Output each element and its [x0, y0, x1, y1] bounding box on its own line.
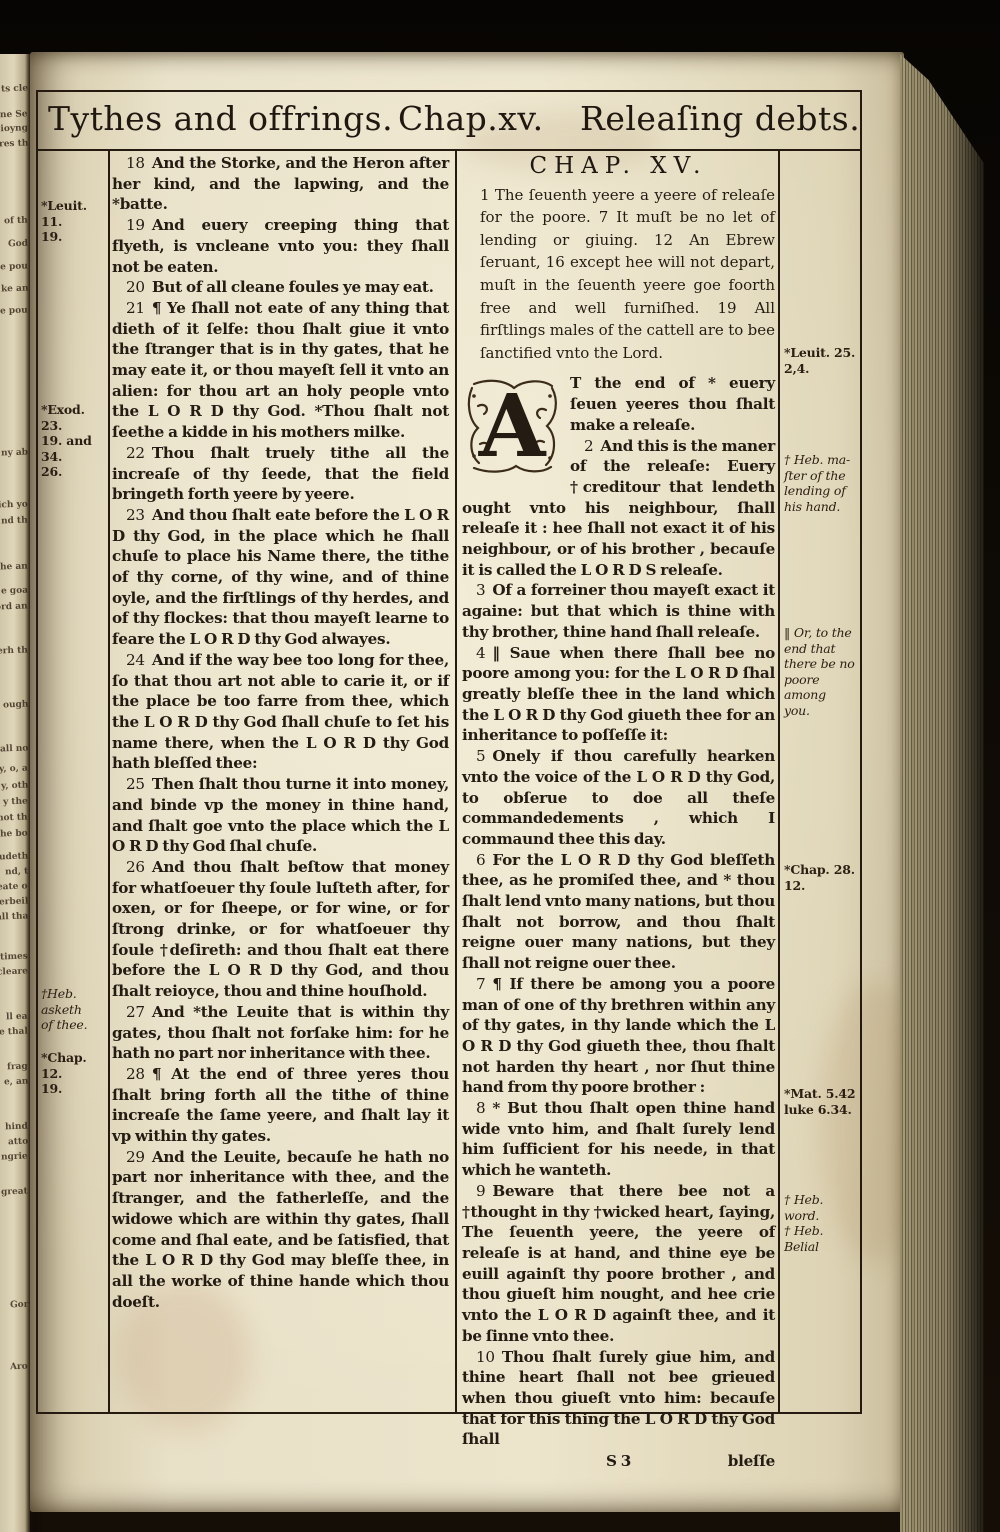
verse: 22Thou ſhalt truely tithe all the increa…: [112, 443, 449, 505]
verse-number: 25: [126, 775, 145, 793]
verse-text: ¶ At the end of three yeres thou ſhalt b…: [112, 1065, 449, 1145]
facing-page-text-fragment: times: [0, 952, 28, 963]
signature-line: S 3 bleſſe: [462, 1451, 775, 1472]
verse-number: 22: [126, 444, 145, 462]
facing-page-text-fragment: ngrie: [1, 1152, 28, 1163]
verse-number: 10: [476, 1348, 495, 1366]
verse-text: ¶ If there be among you a poore man of o…: [462, 975, 775, 1097]
verse: 4‖ Saue when there ſhall bee no poore am…: [462, 643, 775, 747]
header-top-rule: [36, 90, 862, 92]
verse-text: Beware that there bee not a †thought in …: [462, 1182, 775, 1345]
verse-number: 18: [126, 154, 145, 172]
verse-text: And thou ſhalt beſtow that money for wha…: [112, 858, 449, 1000]
verse-text: ¶ Ye ſhall not eate of any thing that di…: [112, 299, 449, 441]
facing-page-text-fragment: ich yo: [0, 499, 28, 510]
verse-text: ‖ Saue when there ſhall bee no poore amo…: [462, 644, 775, 745]
verse-number: 9: [476, 1182, 485, 1200]
margin-note: *Mat. 5.42 luke 6.34.: [784, 1086, 858, 1117]
facing-page-text-fragment: cleare: [0, 966, 28, 977]
svg-text:A: A: [478, 376, 547, 476]
facing-page-text-fragment: frag: [7, 1062, 28, 1073]
right-margin-rule: [778, 149, 780, 1412]
margin-note: *Leuit. 11. 19.: [41, 198, 107, 245]
verse-text: And euery creeping thing that flyeth, is…: [112, 216, 449, 275]
right-text-column: CHAP. XV. 1 The ſeuenth yeere a yeere of…: [462, 154, 775, 1472]
verse: 29And the Leuite, becauſe he hath no par…: [112, 1147, 449, 1313]
facing-page-text-fragment: e, an: [3, 1077, 28, 1088]
facing-page-text-fragment: hind: [5, 1122, 28, 1133]
verse-text: And the Leuite, becauſe he hath no part …: [112, 1148, 449, 1311]
verse-text: Onely if thou carefully hearken vnto the…: [462, 747, 775, 848]
verse-number: 29: [126, 1148, 145, 1166]
verse-text: * But thou ſhalt open thine hand wide vn…: [462, 1099, 775, 1179]
verse-text: And if the way bee too long for thee, ſo…: [112, 651, 449, 773]
facing-page-text-fragment: he bo: [0, 829, 28, 840]
ornamental-dropcap-A: A: [462, 376, 562, 476]
verse: 8* But thou ſhalt open thine hand wide v…: [462, 1098, 775, 1181]
facing-page-text-fragment: erbeil: [0, 896, 28, 907]
verse-text: Thou ſhalt truely tithe all the increaſe…: [112, 444, 449, 503]
running-head-left: Tythes and offrings.: [48, 99, 393, 138]
verse-number: 24: [126, 651, 145, 669]
facing-page-text-fragment: ny ab: [1, 448, 28, 459]
verse: 19And euery creeping thing that flyeth, …: [112, 215, 449, 277]
chapter-argument: 1 The ſeuenth yeere a yeere of releaſe f…: [462, 184, 775, 365]
verse: 10Thou ſhalt ſurely giue him, and thine …: [462, 1347, 775, 1451]
verse: 5Onely if thou carefully hearken vnto th…: [462, 746, 775, 850]
facing-page-text-fragment: erh th: [0, 645, 28, 656]
left-text-column: 18And the Storke, and the Heron after he…: [112, 153, 449, 1312]
facing-page-text-fragment: y, o, a: [0, 764, 28, 775]
verse: 27And *the Leuite that is within thy gat…: [112, 1002, 449, 1064]
verse-number: 7: [476, 975, 485, 993]
verse: 21¶ Ye ſhall not eate of any thing that …: [112, 298, 449, 443]
verse-number: 21: [126, 299, 145, 317]
verse-number: 23: [126, 506, 145, 524]
gathering-signature: S 3: [606, 1451, 631, 1472]
margin-note: *Chap. 12. 19.: [41, 1050, 107, 1097]
verse-text: Of a forreiner thou mayeſt exact it agai…: [462, 581, 775, 640]
running-head-right: Releaſing debts.: [580, 99, 855, 138]
verse: 6For the L O R D thy God bleſſeth thee, …: [462, 850, 775, 974]
facing-page-text-fragment: y, oth: [0, 781, 28, 792]
chapter-heading: CHAP. XV.: [462, 156, 775, 177]
verse: 24And if the way bee too long for thee, …: [112, 650, 449, 774]
verse-text: And the Storke, and the Heron after her …: [112, 154, 449, 213]
verse-number: 20: [126, 278, 145, 296]
facing-page-text-fragment: not th: [0, 812, 28, 823]
center-column-rule: [455, 149, 457, 1412]
facing-page-text-fragment: e goa: [1, 586, 28, 597]
margin-note: †Heb. asketh of thee.: [41, 986, 107, 1033]
facing-page-text-fragment: nd th: [1, 516, 28, 527]
header-bottom-rule: [36, 149, 862, 151]
facing-page-text-fragment: uine Se: [0, 109, 28, 120]
left-margin-rule: [108, 149, 110, 1412]
verse: 9Beware that there bee not a †thought in…: [462, 1181, 775, 1347]
facing-page-text-fragment: ts cle: [1, 84, 28, 95]
facing-page-text-fragment: ord an: [0, 601, 28, 612]
verse-text: T the end of * euery ſeuen yeeres thou ſ…: [570, 374, 775, 433]
verse-text: Then ſhalt thou turne it into money, and…: [112, 775, 449, 855]
verse-number: 19: [126, 216, 145, 234]
verse-number: 26: [126, 858, 145, 876]
facing-page-text-fragment: ke an: [0, 284, 28, 295]
facing-page-text-fragment: great: [1, 1187, 28, 1198]
verse: A T the end of * euery ſeuen yeeres thou…: [462, 373, 775, 435]
facing-page-text-fragment: y the: [3, 797, 28, 808]
fore-edge-page-stack: [900, 46, 984, 1532]
verse-text: For the L O R D thy God bleſſeth thee, a…: [462, 851, 775, 973]
margin-note: † Heb. ma- ſter of the lending of his ha…: [784, 452, 858, 514]
verse-number: 2: [584, 437, 593, 455]
verse-number: 27: [126, 1003, 145, 1021]
facing-page-text-fragment: ough: [2, 700, 28, 711]
verse-text: And *the Leuite that is within thy gates…: [112, 1003, 449, 1062]
verse: 20But of all cleane foules ye may eat.: [112, 277, 449, 298]
facing-page-text-fragment: udeth: [0, 851, 28, 862]
catchword: bleſſe: [631, 1451, 775, 1472]
verse: 26And thou ſhalt beſtow that money for w…: [112, 857, 449, 1002]
verse-text: And thou ſhalt eate before the L O R D t…: [112, 506, 449, 648]
facing-page-text-fragment: res th: [0, 138, 28, 149]
verse-number: 28: [126, 1065, 145, 1083]
margin-note: *Exod. 23. 19. and 34. 26.: [41, 402, 107, 480]
facing-page-text-fragment: he an: [0, 562, 28, 573]
verse-number: 4: [476, 644, 485, 662]
margin-note: *Leuit. 25. 2,4.: [784, 345, 858, 376]
running-head-center: Chap.xv.: [398, 99, 544, 138]
verse: 7¶ If there be among you a poore man of …: [462, 974, 775, 1098]
facing-page-text-fragment: ll ea: [6, 1012, 28, 1023]
verse: 25Then ſhalt thou turne it into money, a…: [112, 774, 449, 857]
margin-note: *Chap. 28. 12.: [784, 862, 858, 893]
facing-page-text-fragment: all no: [0, 744, 28, 755]
verse-text: Thou ſhalt ſurely giue him, and thine he…: [462, 1348, 775, 1449]
verse-number: 8: [476, 1099, 485, 1117]
verse-text: But of all cleane foules ye may eat.: [152, 278, 434, 296]
verse: 3Of a forreiner thou mayeſt exact it aga…: [462, 580, 775, 642]
frame-left-rule: [36, 90, 38, 1414]
facing-page-text-fragment: te pou: [0, 261, 28, 272]
margin-note: ‖ Or, to the end that there be no poore …: [784, 625, 858, 718]
verse-number: 6: [476, 851, 485, 869]
facing-page-text-fragment: nd, t: [5, 867, 29, 878]
facing-page-text-fragment: e pou: [0, 306, 28, 317]
margin-note: † Heb. word. † Heb. Belial: [784, 1192, 858, 1254]
facing-page-text-fragment: reioyng: [0, 123, 28, 134]
facing-page-text-fragment: all tha: [0, 911, 28, 922]
facing-page-text-fragment: e thal: [0, 1027, 28, 1038]
verse-number: 3: [476, 581, 485, 599]
facing-page-text-fragment: eate o: [0, 881, 28, 892]
verse: 28¶ At the end of three yeres thou ſhalt…: [112, 1064, 449, 1147]
verse: 23And thou ſhalt eate before the L O R D…: [112, 505, 449, 650]
frame-right-rule: [860, 90, 862, 1414]
verse-number: 5: [476, 747, 485, 765]
book-scan: ts cleuine Sereioyngres thof thGodte pou…: [0, 0, 1000, 1532]
facing-page-text-fragment: of th: [4, 216, 28, 227]
verse: 18And the Storke, and the Heron after he…: [112, 153, 449, 215]
